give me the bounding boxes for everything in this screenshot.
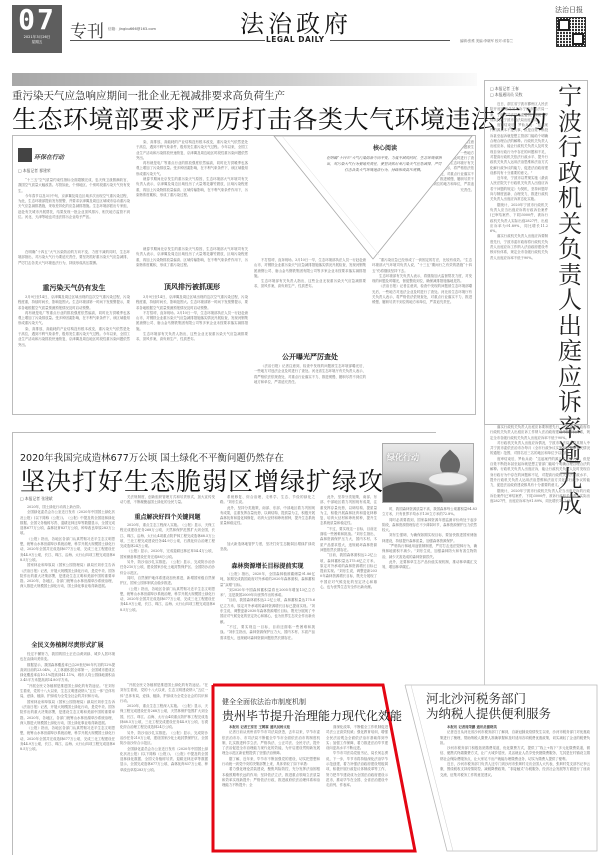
- lead-article-col2c: 3月9日至14日，京津冀及周边区域出现的这次空气重污染过程，污染程度重，持续时间…: [136, 295, 248, 410]
- paragraph: 近日，沙河市税务部门负责人还专门到沙河市张荆村走访全国人大代表、张荆村党支部书记…: [440, 762, 590, 778]
- paragraph: 系统修复、综合治理，走科学、生态、节俭的绿化之路。”刘东生说。: [220, 495, 315, 506]
- page-title: 法治政府: [240, 4, 352, 39]
- newspaper-logo: 法治日报: [555, 5, 583, 15]
- paragraph: 据了解，近年来，毕节市不断加强党的建设，切实把思想和行动统一到党中央的决策部署上…: [222, 757, 320, 768]
- masthead-rule-left: [70, 40, 265, 41]
- masthead-rule-right: [330, 40, 450, 41]
- paragraph: 数据显示，我国森林覆盖率已由20世纪80年代初的12%提高到目前的23.04%，…: [20, 663, 115, 684]
- paragraph: 刘东生强调，为确保如期实现目标，要加快推进国家储备林建设，持续提升森林质量，加强…: [382, 533, 477, 544]
- hebei-headline-line2: 为纳税人提供便利服务: [426, 707, 551, 722]
- subhead-voluntary-tree-planting: 全民义务植树尽责形式扩展: [20, 640, 115, 649]
- paragraph: 近年来，宁波市以贯彻实施《最高人民法院关于行政机关负责人出庭应诉若干问题的规定》…: [490, 176, 548, 202]
- paragraph: 再有就是电厂等重点行业的排放强度依然偏高，同时北方供暖季也客观上增加了污染排放量…: [18, 311, 130, 327]
- top-banner-bar: [12, 73, 477, 86]
- paragraph: 对行政机关负责人出庭应诉情况，宁波市司法局还将其纳入中共宁波市委依法治市办每月《…: [490, 441, 590, 457]
- paragraph: 不打招呼，直奔现场。3月10日一早，生态环境部执法人员一行赶赴唐山市，对钢铁企业…: [254, 258, 366, 279]
- paragraph: 3月9日至14日，京津冀及周边区域出现的这次空气重污染过程，污染程度重，持续时间…: [18, 295, 130, 311]
- paragraph: 毕节市司法局党组书记、局长何志勇说，下一步，毕节市将持续深化法治毕节示范创建，着…: [326, 751, 388, 788]
- paragraph: “严格执行林地用途管制制度，严厉打击违法毁林行为，确保林地面积不减少。”刘东生说…: [382, 544, 477, 560]
- column-logo-icon: [18, 148, 32, 162]
- subhead-heavy-pollution: 重污染天气仍有发生: [18, 283, 130, 293]
- lead-article-col1b: 在明确“十四五”大气污染防治的方向不变、力度不减的同时，生态环境部指出，对污染大…: [18, 250, 130, 280]
- lead-article-col3: 不打招呼，直奔现场。3月10日一早，生态环境部执法人员一行赶赴唐山市，对钢铁企业…: [254, 258, 366, 350]
- paragraph: 国家林业和草原局《国家公园管理局》副局长刘东生告诉《法治日报》记者，开展大规模国…: [20, 563, 115, 589]
- paragraph: 同时必须要看到，国家森林资源年度监测评价尚处于起步阶段，森林资源管理存在不少薄弱…: [382, 518, 477, 534]
- lead-article-byline: □ 本报记者 郄建荣: [18, 168, 51, 174]
- middle-article-col2b: “开展全民义务植树是推进国土绿化的有效途径。”在刘东生看来，党的十八大以来，生态…: [120, 683, 208, 853]
- lead-article-col3b: 《法治日报》记者注意到，检查中发现的问题被生态环境部曝光后，一些地方对违法企业及…: [254, 364, 366, 410]
- lead-article-col2: 染、高排放、高能耗的产业结构没有根本改变，重污染天气依然是处于高位，遇到不利气象…: [136, 140, 248, 245]
- lead-article-col1: “十三五”空气质量约束性指标全面超额完成，忠天保卫战圆满收官，我国空气质量大幅改…: [18, 178, 130, 250]
- right-article-body-continued: 落实行政机关负责人出庭应诉要制度先行，宁波市委市政府将行政机关负责人出庭应诉工作…: [490, 425, 590, 685]
- paragraph: 《公报》显示，2020年，完成退耕还林还草54.4万公顷，国家储备林建设任务完成…: [120, 549, 215, 560]
- subhead-four-key-issues: 重点解决好四个关键问题: [120, 512, 215, 521]
- paragraph: 此外，坚持分类施策，南部、东部、中部地区着力巩固现有成果，注重发挥存量优势，以调…: [220, 506, 315, 527]
- middle-article-col3-top: 系统修复、综合治理，走科学、生态、节俭的绿化之路。”刘东生说。 此外，坚持分类施…: [220, 495, 315, 540]
- paragraph: “目前，我国森林面积达2.2亿公顷，森林蓄积量达175.6亿立方米，原定对外承诺…: [320, 553, 377, 590]
- middle-article-col2-top: 关法规制度，创新组织管理方式和尽责形式，加大宣传发动力度，不断凝聚起国土绿化的全…: [120, 495, 215, 510]
- section-label: 专刊: [70, 17, 104, 42]
- middle-article-col4: 时，我国森林资源质量不高，我国森林每公顷蓄积量94.83立方米，只有世界平均水平…: [382, 507, 477, 682]
- paragraph: 据统计，2020年宁波市行政机关负责人应当出庭应诉的行政诉讼案件(已审结案件、下…: [490, 203, 548, 235]
- paragraph: 落实行政机关负责人出庭应诉要制度先行，宁波市委市政府将行政机关负责人出庭应诉工作…: [490, 234, 548, 260]
- editor-credits: 编辑:张维 美编:李晓军 校对:邓春兰: [460, 38, 513, 43]
- paragraph: 再有就是电厂等重点行业的排放强度依然偏高，同时北方供暖季也客观上增加了污染排放量…: [136, 161, 248, 177]
- paragraph: 加大新造林地管护力度，坚决打好生态脆弱区增绿扩绿攻坚战。: [220, 542, 315, 553]
- middle-article-byline: □ 本报记者 张建斌: [20, 496, 53, 502]
- paragraph: “重污染应急已经形成了一套固定的打法，比较有成效。”生态环境部大气环境司负责人说…: [372, 258, 472, 274]
- guizhou-byline: 本报讯 记者王家宏 王鹤霖 通讯员杨文松: [229, 725, 290, 729]
- paragraph: 在明确“十四五”大气污染防治的方向不变、力度不减的同时，生态环境部指出，对污染大…: [18, 250, 130, 266]
- middle-article-col1b: 经过不懈努力，我国的国土正在由黄到绿、城乡人居环境也在由绿向美转变。 数据显示，…: [20, 652, 115, 852]
- issue-weekday: 星期五: [12, 40, 62, 45]
- middle-article-headline[interactable]: 坚决打好生态脆弱区增绿扩绿攻坚战: [20, 462, 436, 498]
- guizhou-article-kicker: 健全全面依法治市制度机制: [222, 697, 306, 707]
- paragraph: 庭审结束后，罗仙兵说：“这起案件的源头本不是大事，但是百姓不断投诉甚至起诉就是想…: [490, 123, 548, 176]
- paragraph: 另外，防沙治沙扎实推进。《公报》显示，完成防沙治沙任务210万公顷，建设国家沙化…: [120, 731, 208, 747]
- subhead-forest-target-achieved: 森林资源增长目标提前实现: [220, 561, 315, 570]
- subhead-caught-polluting: 顶风排污被抓现形: [136, 282, 248, 292]
- core-reading-title: 核心阅读: [340, 143, 430, 152]
- paragraph: “到2020年中国森林蓄积量将比2005年增加13亿立方米”，这是我国2009年…: [220, 588, 315, 599]
- hebei-headline-line1: 河北沙河税务部门: [426, 692, 551, 707]
- paragraph: 面深化改革，不断健全工作机制促进司法公正高效权威；强化教育培训，增强全民法治观念…: [326, 725, 388, 751]
- page-subtitle: LEGAL DAILY: [266, 35, 325, 44]
- paragraph: 染、高排放、高能耗的产业结构没有根本改变，重污染天气依然是处于高位，遇到不利气象…: [136, 140, 248, 161]
- paragraph: 就春节期间北京发生的重污染天气原因，生态环境部大气环境司有关负责人表示，京津冀及…: [136, 247, 248, 268]
- paragraph: 今年春节以及3月中旬，京津冀及周边区域多次出现空气重污染过程，为此，生态环境部提…: [18, 194, 130, 220]
- paragraph: 关法规制度，创新组织管理方式和尽责形式，加大宣传发动力度，不断凝聚起国土绿化的全…: [120, 495, 215, 506]
- paragraph: 2020年，重点生态工程深入实施。《公报》显示，天保工程完成建设任务268万公顷…: [120, 704, 208, 730]
- paragraph: 记者近日从河北省沙河市税务部门了解到，自新冠肺炎疫情发生以来，沙河市税务部门对优…: [440, 730, 590, 746]
- lead-article-col1c: 3月9日至14日，京津冀及周边区域出现的这次空气重污染过程，污染程度重，持续时间…: [18, 295, 130, 410]
- paragraph: “不过，要实现这一目标，目前还面临一些困难和挑战。”刘东生指出，森林资源保护压力…: [320, 527, 377, 553]
- hand-icon: [428, 472, 468, 486]
- paragraph: 生态环境部有关负责人指出，这些企业无视重污染天气应急减排要求，顶风作案，高负荷生…: [136, 332, 248, 343]
- lead-article-col2b: 就春节期间北京发生的重污染天气原因，生态环境部大气环境司有关负责人表示，京津冀及…: [136, 247, 248, 280]
- paragraph: 生态环境部有关负责人表示，将继续加大监督帮扶力度，对发现的问题及时曝光，督促整改…: [372, 274, 472, 285]
- paragraph: 《公报》指出，各地区各部门认真贯彻习近平生态文明思想，统筹山水林田湖草沙系统治理…: [20, 726, 115, 752]
- right-article-body: 近日，浙江省宁波市鄞州区人民法院开庭审理任某某诉宁波市司法局一案，宁波市司法局党…: [490, 102, 548, 425]
- guizhou-article-col1: 本报讯 记者王家宏 王鹤霖 通讯员杨文松 记者日前从贵州省毕节市司法局获悉，去年…: [222, 725, 320, 845]
- column-name: 环保在行动: [34, 152, 64, 161]
- paragraph: 沙河市税务部门积极拓宽缴费渠道，优化缴费方式，提供了“线上+线下”多元化缴费渠道…: [440, 746, 590, 762]
- core-reading-text: 在明确“十四五”大气污染防治方向不变、力度不减的同时，生态环境部指出，对污染大气…: [325, 155, 443, 173]
- paragraph: 《公报》指出，各地区各部门认真贯彻习近平生态文明思想，统筹山水林田湖草沙系统治理…: [120, 587, 215, 613]
- photo-label: 绿化行动: [387, 452, 419, 463]
- paragraph: 记者日前从贵州省毕节市司法局获悉，去年以来，毕节市委依法治市办、市司法局不断健全…: [222, 730, 320, 756]
- paragraph: 据统计，2020年宁波市行政机关负责人应当出庭应诉的行政诉讼案件(已审结案件、下…: [490, 489, 590, 505]
- middle-article-col1: 2020年，国土绿化行动再上新台阶。 全国绿化委员会办公室近日发布《2020年中…: [20, 505, 115, 635]
- qr-code-icon[interactable]: [556, 17, 586, 47]
- paragraph: 《法治日报》记者注意到，检查中发现的问题被生态环境部曝光后，一些地方对违法企业及…: [372, 284, 472, 305]
- right-article-byline-2: □ 本报通讯员 吴牧: [490, 92, 523, 98]
- column-divider: [484, 425, 485, 685]
- paragraph: 庭审结束后，罗仙兵说：“这起案件的源头本不是大事，但是百姓不断投诉甚至起诉就是想…: [490, 457, 590, 489]
- subhead-public-exposure: 公开曝光严厉查处: [254, 352, 366, 362]
- paragraph: 时，我国森林资源质量不高，我国森林每公顷蓄积量94.83立方米，只有世界平均水平…: [382, 507, 477, 518]
- paragraph: 落实行政机关负责人出庭应诉要制度先行，宁波市委市政府将行政机关负责人出庭应诉工作…: [490, 425, 590, 441]
- paragraph: 全国绿化委员会办公室近日发布《2020年中国国土绿化状况公报》(以下简称《公报》…: [120, 747, 208, 773]
- lead-article-col4: “重污染应急已经形成了一套固定的打法，比较有成效。”生态环境部大气环境司负责人说…: [372, 258, 472, 410]
- paragraph: 此外，坚持分类施策，南部、东部、中部地区着力巩固现有成果，注重发挥存量优势，以调…: [320, 495, 377, 527]
- lead-article-headline[interactable]: 生态环境部要求严厉打击各类大气环境违法行为: [12, 100, 548, 136]
- hebei-article-headline[interactable]: 河北沙河税务部门 为纳税人提供便利服务: [426, 692, 551, 721]
- paragraph: “开展全民义务植树是推进国土绿化的有效途径。”在刘东生看来，党的十八大以来，生态…: [20, 684, 115, 700]
- middle-article-col3: 《公报》指出，2020年，全国森林植被碳储量91.86亿吨，如期完成我国政府对外…: [220, 572, 315, 680]
- paragraph: 《公报》指出，各地区各部门认真贯彻习近平生态文明思想，统筹山水林田湖草沙系统治理…: [20, 537, 115, 563]
- hebei-byline: 本报讯 记者周荣鹏 通讯员谢晓英: [447, 725, 497, 729]
- paragraph: 另外，防沙治沙扎实推进。《公报》显示，完成防沙治沙任务210万公顷，建设国家沙化…: [120, 560, 215, 576]
- paragraph: “目前，我国森林面积达2.2亿公顷，森林蓄积量达175.6亿立方米，原定对外承诺…: [220, 598, 315, 624]
- paragraph: 就春节期间北京发生的重污染天气原因，生态环境部大气环境司有关负责人表示，京津冀及…: [136, 177, 248, 198]
- middle-article-col2: 2020年，重点生态工程深入实施。《公报》显示，天保工程完成建设任务268万公顷…: [120, 523, 215, 683]
- paragraph: 近日，浙江省宁波市鄞州区人民法院开庭审理任某某诉宁波市司法局一案，宁波市司法局党…: [490, 102, 548, 123]
- paragraph: “不过，要实现这一目标，目前还面临一些困难和挑战。”刘东生指出，森林资源保护压力…: [220, 625, 315, 641]
- hebei-article-body: 本报讯 记者周荣鹏 通讯员谢晓英 记者近日从河北省沙河市税务部门了解到，自新冠肺…: [440, 725, 590, 845]
- core-reading-triangle: [272, 135, 520, 260]
- paragraph: 《法治日报》记者注意到，检查中发现的问题被生态环境部曝光后，一些地方对违法企业及…: [254, 364, 366, 385]
- page-number-box: 07 2021年3月26日 星期五: [12, 5, 62, 53]
- paragraph: 生态环境部有关负责人指出，这些企业无视重污染天气应急减排要求，顶风作案，高负荷生…: [254, 279, 366, 290]
- paragraph: 2020年，重点生态工程深入实施。《公报》显示，天保工程完成建设任务268万公顷…: [120, 523, 215, 549]
- paragraph: 染、高排放、高能耗的产业结构没有根本改变，重污染天气依然是处于高位，遇到不利气象…: [18, 327, 130, 348]
- middle-article-col4a: 此外，坚持分类施策，南部、东部、中部地区着力巩固现有成果，注重发挥存量优势，以调…: [320, 495, 377, 680]
- paragraph: 此外，还要林草生态产品价值实现机制，推动林草碳汇交易，增加林草碳汇。: [382, 560, 477, 571]
- paragraph: 全国绿化委员会办公室近日发布《2020年中国国土绿化状况公报》(以下简称《公报》…: [20, 510, 115, 536]
- hill-icon: [382, 482, 443, 503]
- paragraph: 《公报》指出，2020年，全国森林植被碳储量91.86亿吨，如期完成我国政府对外…: [220, 572, 315, 588]
- paragraph: “十三五”空气质量约束性指标全面超额完成，忠天保卫战圆满收官，我国空气质量大幅改…: [18, 178, 130, 194]
- paragraph: 着力强化理论武装建设，聚焦风险防控，充分发挥法治固根本稳预期利长远的作用；坚持依…: [222, 767, 320, 788]
- guizhou-article-col2: 面深化改革，不断健全工作机制促进司法公正高效权威；强化教育培训，增强全民法治观念…: [326, 725, 388, 845]
- paragraph: 不打招呼，直奔现场。3月10日一早，生态环境部执法人员一行赶赴唐山市，对钢铁企业…: [136, 311, 248, 332]
- contact-email: 信箱：jingbu666@163.com: [108, 27, 156, 32]
- middle-article-col3-mid: 加大新造林地管护力度，坚决打好生态脆弱区增绿扩绿攻坚战。: [220, 542, 315, 557]
- page-number: 07: [12, 5, 62, 35]
- paragraph: 国家林业和草原局《国家公园管理局》副局长刘东生告诉《法治日报》记者，开展大规模国…: [20, 700, 115, 726]
- paragraph: “开展全民义务植树是推进国土绿化的有效途径。”在刘东生看来，党的十八大以来，生态…: [120, 683, 208, 704]
- paragraph: 同时，自然保护地体系建设加快推进，新增国家级自然保护区、国家公园体制试点稳步推进…: [120, 576, 215, 587]
- guizhou-article-headline[interactable]: 贵州毕节提升治理能力现代化效能: [222, 707, 402, 724]
- greening-action-photo: 绿化行动: [382, 443, 474, 503]
- paragraph: 3月9日至14日，京津冀及周边区域出现的这次空气重污染过程，污染程度重，持续时间…: [136, 295, 248, 311]
- paragraph: 经过不懈努力，我国的国土正在由黄到绿、城乡人居环境也在由绿向美转变。: [20, 652, 115, 663]
